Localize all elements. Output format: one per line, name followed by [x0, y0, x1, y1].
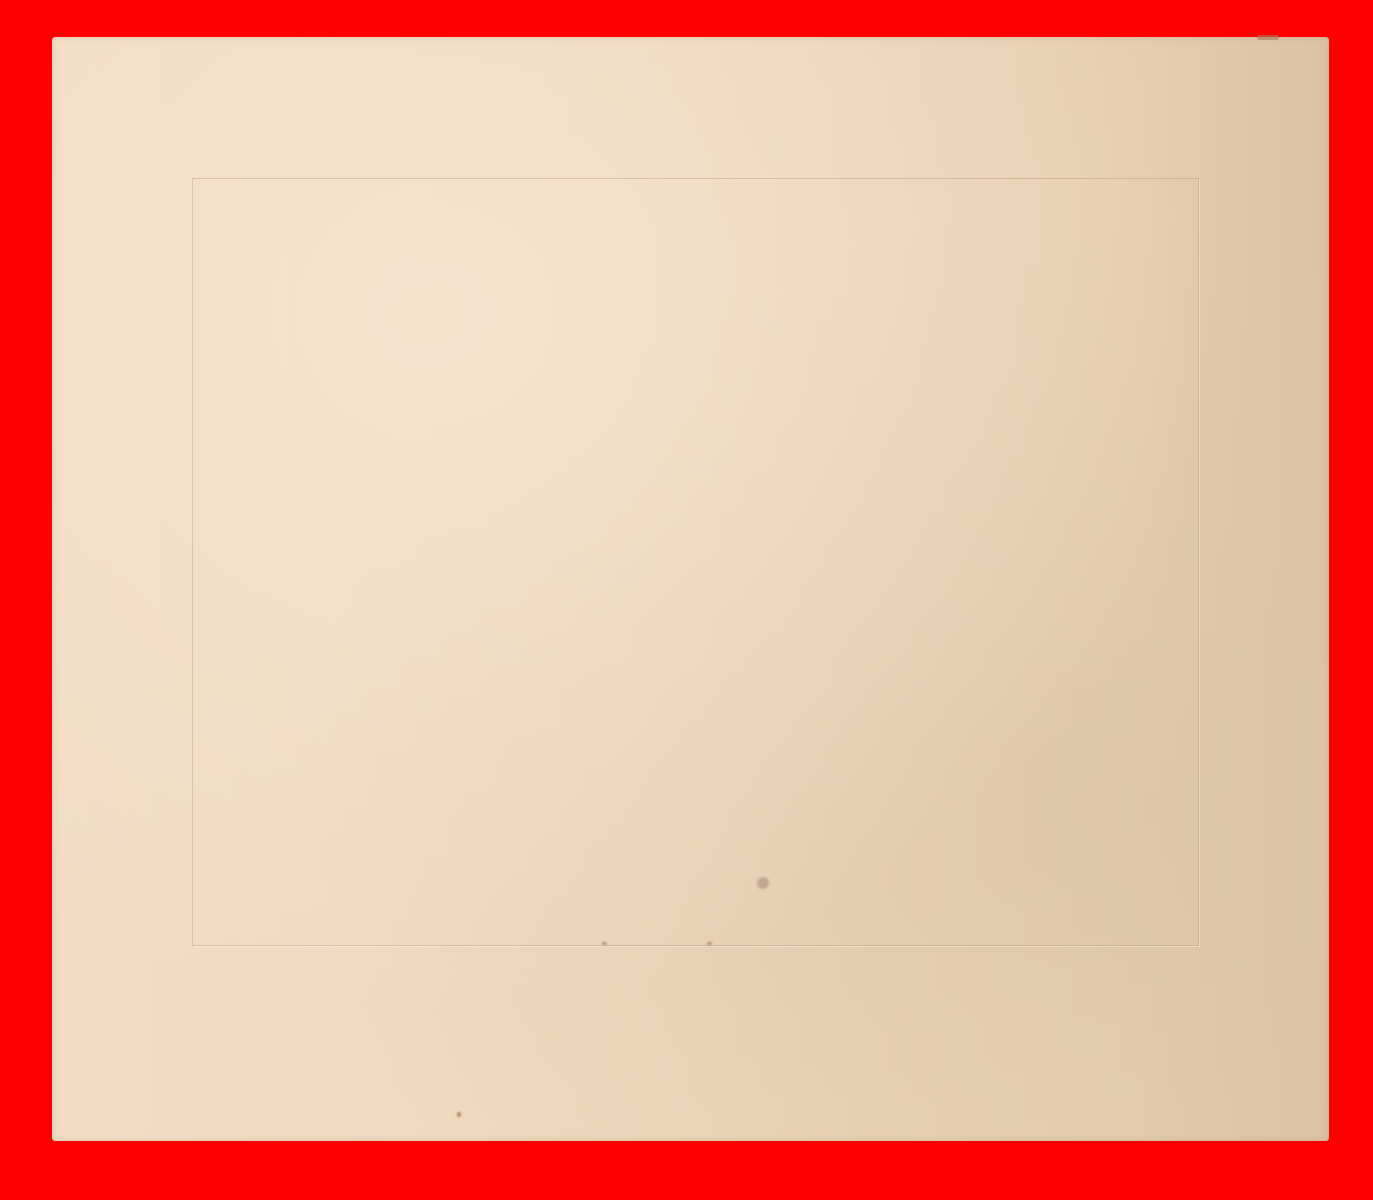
- paper-sheet: [52, 37, 1329, 1141]
- plate-mark: [192, 178, 1199, 946]
- stain-spot: [457, 1112, 461, 1117]
- stain-spot: [602, 942, 607, 945]
- stain-spot: [707, 942, 712, 945]
- stain-spot: [757, 877, 769, 889]
- paper-edge-wear: [1257, 35, 1279, 40]
